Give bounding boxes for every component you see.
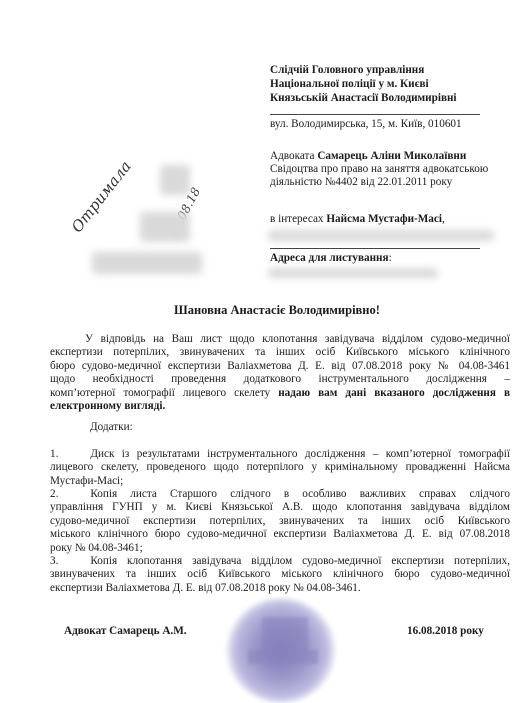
body-paragraph: У відповідь на Ваш лист щодо клопотання … <box>50 333 510 413</box>
recipient-address: вул. Володимирська, 15, м. Київ, 010601 <box>270 118 462 131</box>
recipient-line-1: Слідчій Головного управління <box>270 64 424 77</box>
sender-certificate-line-2: діяльністю №4402 від 22.01.2011 року <box>270 176 452 189</box>
attachment-line: 3.Копія клопотання завідувача відділом с… <box>50 555 510 568</box>
handwritten-signature: Отримала <box>68 157 135 236</box>
sender-prefix: Адвоката <box>270 150 317 162</box>
footer-date: 16.08.2018 року <box>407 625 484 638</box>
redacted-block <box>268 230 494 241</box>
attachment-line: міського клінічного бюро судово-медичної… <box>50 528 510 541</box>
attachment-line: експертизи Валіахметова Д. Е. від 07.08.… <box>50 582 510 595</box>
attachment-line: 1.Диск із результатами інструментального… <box>50 448 510 461</box>
sender-name: Самарець Аліни Миколаївни <box>317 150 466 162</box>
sender-line: Адвоката Самарець Аліни Миколаївни <box>270 150 466 163</box>
attachment-line: 2.Копія листа Старшого слідчого в особли… <box>50 488 510 501</box>
body-line: У відповідь на Ваш лист щодо клопотання … <box>50 333 510 346</box>
mail-address-label: Адреса для листування <box>270 252 389 264</box>
attachment-line: управління ГУНП у м. Києві Князьської А.… <box>50 501 510 514</box>
attachment-item-1: 1.Диск із результатами інструментального… <box>50 448 510 488</box>
body-line: електронному вигляді. <box>50 400 510 413</box>
recipient-line-3: Князьській Анастасії Володимирівні <box>270 92 457 105</box>
recipient-line-2: Національної поліції у м. Києві <box>270 78 429 91</box>
client-name: Найсма Мустафи-Масі <box>326 213 442 225</box>
attachment-line: лицевого скелету, проведеного щодо потер… <box>50 461 510 474</box>
redacted-block <box>92 252 202 274</box>
stamp-detail <box>248 650 318 664</box>
signer-name: Адвокат Самарець А.М. <box>64 625 187 638</box>
divider-line <box>270 114 480 115</box>
interests-line: в інтересах Найсма Мустафи-Масі, <box>270 213 445 226</box>
body-line: експертизи потерпілих, звинувачених та і… <box>50 346 510 359</box>
body-line: щодо необхідності проведення додаткового… <box>50 373 510 386</box>
interests-prefix: в інтересах <box>270 213 326 225</box>
attachments-title: Додатки: <box>90 421 133 434</box>
attachment-item-3: 3.Копія клопотання завідувача відділом с… <box>50 555 510 595</box>
body-line: комп’ютерної томографії лицевого скелету… <box>50 387 510 400</box>
salutation: Шановна Анастасіє Володимирівно! <box>174 304 380 317</box>
attachment-line: судово-медичної експертизи потерпілих, з… <box>50 515 510 528</box>
mail-address-line: Адреса для листування: <box>270 252 392 265</box>
attachment-item-2: 2.Копія листа Старшого слідчого в особли… <box>50 488 510 555</box>
attachment-line: Мустафи-Масі; <box>50 475 510 488</box>
redacted-block <box>140 212 190 242</box>
body-line: бюро судово-медичної експертизи Валіахме… <box>50 360 510 373</box>
document-page: Слідчій Головного управління Національно… <box>0 0 528 703</box>
sender-certificate-line-1: Свідоцтва про право на заняття адвокатсь… <box>270 163 488 176</box>
attachment-line: року № 04.08-3461; <box>50 542 510 555</box>
redacted-block <box>160 165 190 195</box>
attachment-line: звинувачених та інших осіб Київського мі… <box>50 568 510 581</box>
divider-line <box>270 248 480 249</box>
redacted-block <box>268 268 438 278</box>
stamp-detail <box>262 617 308 651</box>
